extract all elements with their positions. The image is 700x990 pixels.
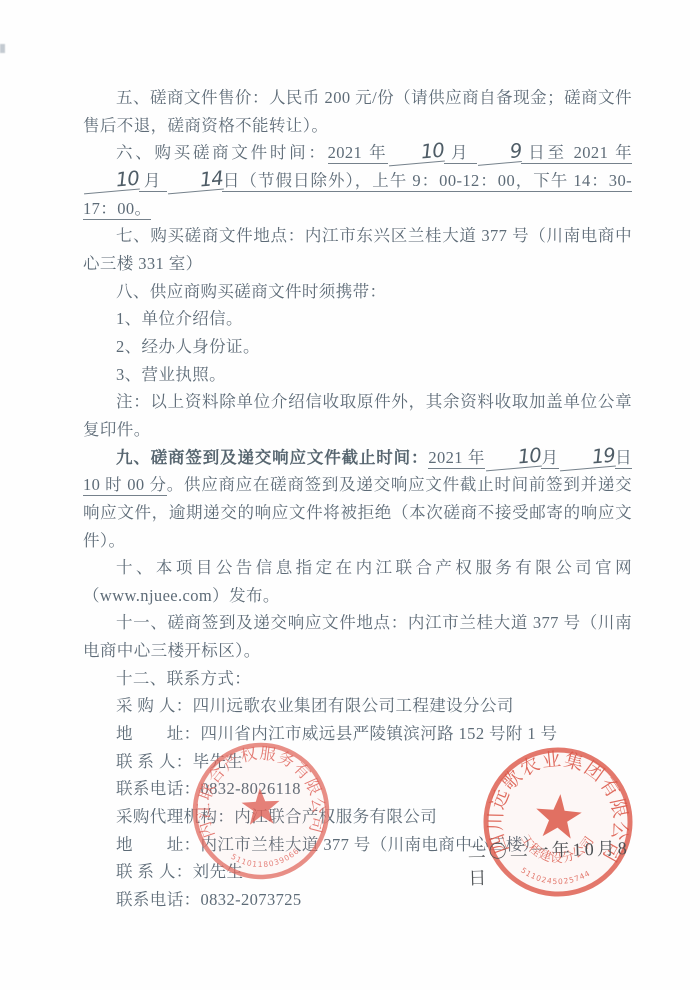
purchaser-contact: 联 系 人：毕先生 — [83, 748, 632, 776]
text-segment: 联系电话：0832-8026118 — [116, 779, 301, 798]
text-segment: 八、供应商购买磋商文件时须携带： — [116, 282, 386, 301]
text-segment: 2、经办人身份证。 — [116, 337, 260, 356]
para-11-submit-place: 十一、磋商签到及递交响应文件地点：内江市兰桂大道 377 号（川南电商中心三楼开… — [83, 609, 632, 664]
purchaser-address: 地 址：四川省内江市威远县严陵镇滨河路 152 号附 1 号 — [83, 720, 632, 748]
handwritten-text: 10 — [82, 169, 139, 195]
item-1: 1、单位介绍信。 — [83, 305, 632, 333]
para-9-deadline: 九、磋商签到及递交响应文件截止时间：2021 年10月19日 10 时 00 分… — [83, 444, 632, 555]
agency-phone: 联系电话：0832-2073725 — [83, 886, 632, 914]
text-segment: 十一、磋商签到及递交响应文件地点：内江市兰桂大道 377 号（川南电商中心三楼开… — [83, 613, 632, 660]
text-segment: 2021 年 — [428, 448, 485, 469]
text-segment: 五、磋商文件售价：人民币 200 元/份（请供应商自备现金；磋商文件售后不退，磋… — [83, 88, 632, 135]
note: 注：以上资料除单位介绍信收取原件外，其余资料收取加盖单位公章复印件。 — [83, 388, 632, 443]
handwritten-text: 14 — [166, 169, 223, 195]
text-segment: 1、单位介绍信。 — [116, 309, 243, 328]
text-segment: 联系电话：0832-2073725 — [116, 890, 302, 909]
para-8-required-items: 八、供应商购买磋商文件时须携带： — [83, 278, 632, 306]
text-segment: 七、购买磋商文件地点：内江市东兴区兰桂大道 377 号（川南电商中心三楼 331… — [83, 226, 632, 273]
text-segment: 六、购买磋商文件时间： — [116, 143, 328, 162]
text-segment: 地 址：四川省内江市威远县严陵镇滨河路 152 号附 1 号 — [116, 724, 557, 743]
text-segment: 月 — [444, 143, 477, 164]
text-segment: 2021 年 — [328, 143, 389, 164]
text-segment: 九、磋商签到及递交响应文件截止时间： — [116, 448, 428, 467]
text-segment: 日至 2021 年 — [521, 143, 632, 164]
text-segment: 采购代理机构：内江联合产权服务有限公司 — [116, 807, 437, 826]
agency-name: 采购代理机构：内江联合产权服务有限公司 — [83, 803, 632, 831]
text-segment: 注：以上资料除单位介绍信收取原件外，其余资料收取加盖单位公章复印件。 — [83, 392, 632, 439]
purchaser-phone: 联系电话：0832-8026118 — [83, 775, 632, 803]
para-7-purchase-place: 七、购买磋商文件地点：内江市东兴区兰桂大道 377 号（川南电商中心三楼 331… — [83, 222, 632, 277]
scanned-document-page: 五、磋商文件售价：人民币 200 元/份（请供应商自备现金；磋商文件售后不退，磋… — [0, 0, 700, 990]
text-segment: 联 系 人：刘先生 — [116, 862, 243, 881]
text-segment: 月 — [139, 171, 167, 192]
para-5-document-price: 五、磋商文件售价：人民币 200 元/份（请供应商自备现金；磋商文件售后不退，磋… — [83, 84, 632, 139]
scan-edge-artifact — [0, 44, 5, 53]
item-2: 2、经办人身份证。 — [83, 333, 632, 361]
item-3: 3、营业执照。 — [83, 361, 632, 389]
para-12-contacts: 十二、联系方式： — [83, 665, 632, 693]
text-segment: 十、本项目公告信息指定在内江联合产权服务有限公司官网（www.njuee.com… — [83, 558, 632, 605]
handwritten-text: 10 — [485, 445, 542, 471]
handwritten-text: 9 — [476, 141, 522, 166]
handwritten-text: 10 — [388, 141, 445, 167]
para-6-purchase-time: 六、购买磋商文件时间：2021 年10 月 9 日至 2021 年10 月 14… — [83, 139, 632, 222]
text-segment: 联 系 人：毕先生 — [116, 752, 243, 771]
text-segment: 十二、联系方式： — [116, 669, 251, 688]
text-segment: 采 购 人：四川远歌农业集团有限公司工程建设分公司 — [116, 696, 514, 715]
handwritten-date: 二〇二一年10月8日 — [467, 834, 648, 891]
text-segment: 月 — [541, 448, 559, 469]
document-body: 五、磋商文件售价：人民币 200 元/份（请供应商自备现金；磋商文件售后不退，磋… — [83, 84, 632, 914]
purchaser-name: 采 购 人：四川远歌农业集团有限公司工程建设分公司 — [83, 692, 632, 720]
handwritten-text: 19 — [558, 445, 615, 471]
para-10-announcement: 十、本项目公告信息指定在内江联合产权服务有限公司官网（www.njuee.com… — [83, 554, 632, 609]
text-segment: 3、营业执照。 — [116, 365, 226, 384]
